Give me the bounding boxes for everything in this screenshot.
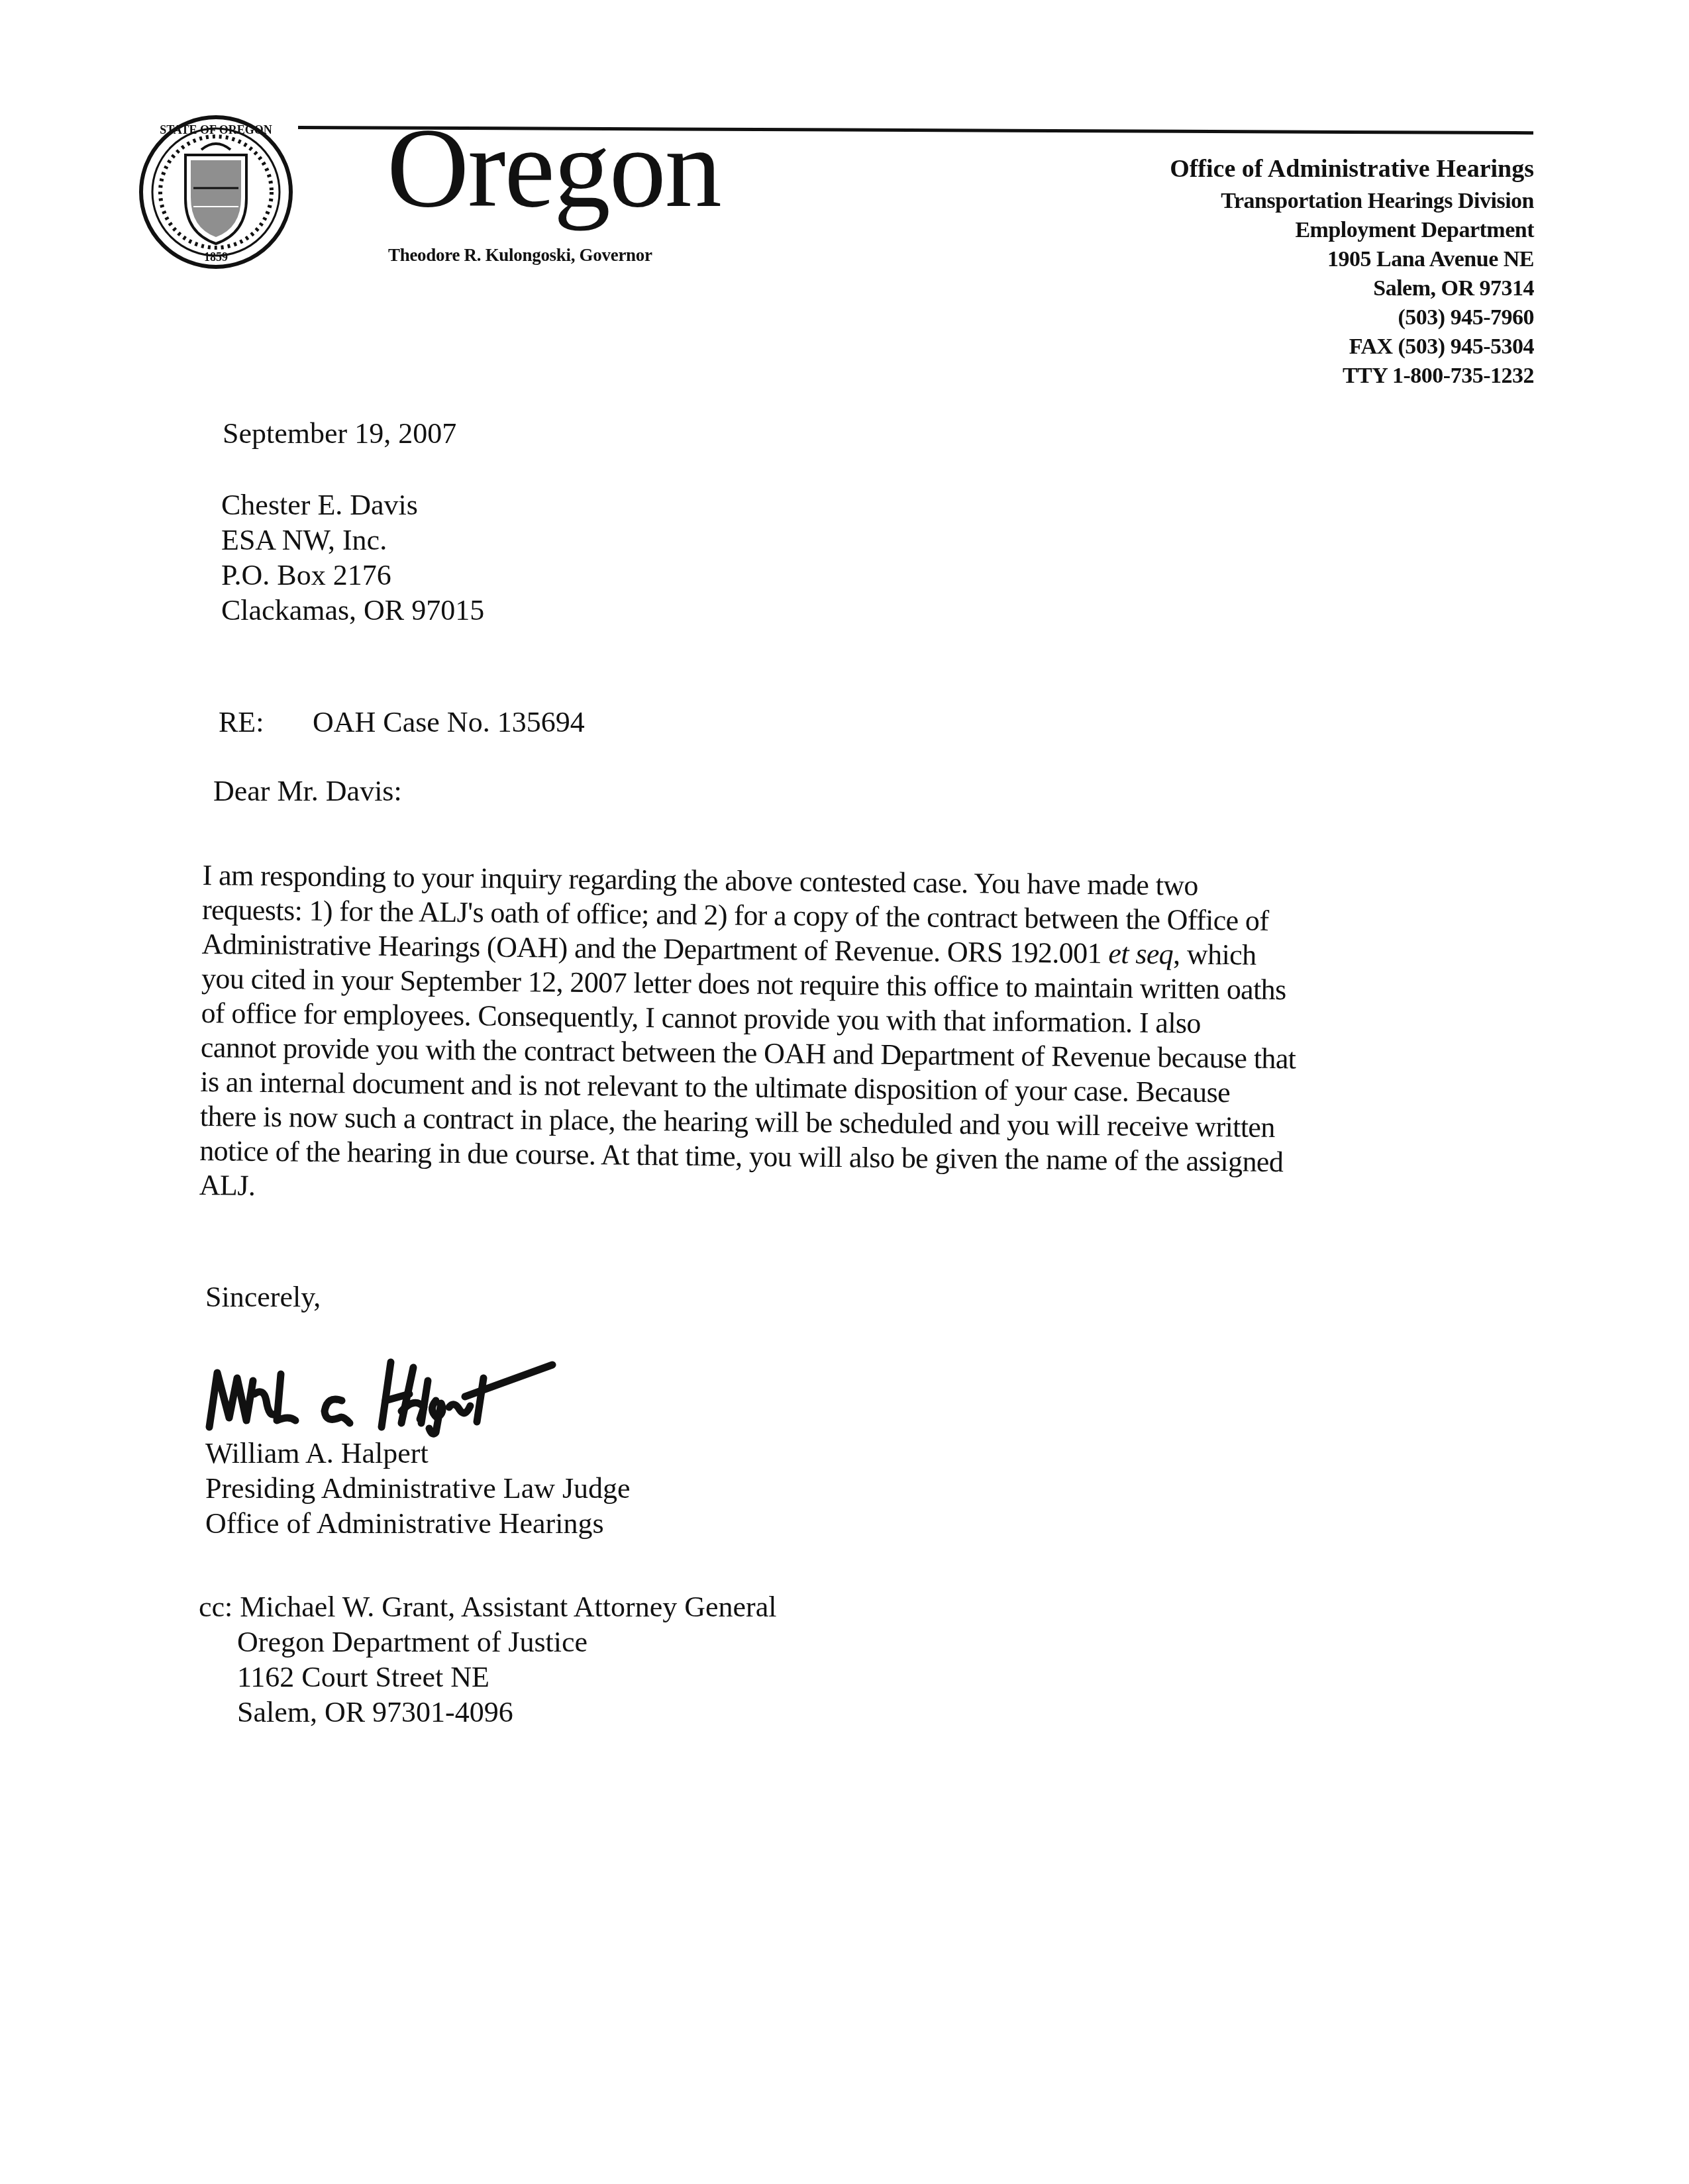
recipient-address: Chester E. Davis ESA NW, Inc. P.O. Box 2… <box>221 487 484 628</box>
signer-office: Office of Administrative Hearings <box>205 1506 631 1541</box>
recipient-po-box: P.O. Box 2176 <box>221 558 484 593</box>
cc-department: Oregon Department of Justice <box>199 1624 776 1660</box>
agency-division: Transportation Hearings Division <box>1170 187 1534 216</box>
salutation: Dear Mr. Davis: <box>213 773 402 809</box>
state-name: Oregon <box>387 111 721 225</box>
handwritten-signature-icon <box>203 1354 574 1440</box>
letter-body: I am responding to your inquiry regardin… <box>199 858 1441 1216</box>
signer-title: Presiding Administrative Law Judge <box>205 1471 631 1506</box>
agency-office: Office of Administrative Hearings <box>1170 151 1534 187</box>
recipient-city: Clackamas, OR 97015 <box>221 593 484 628</box>
recipient-company: ESA NW, Inc. <box>221 522 484 558</box>
agency-block: Office of Administrative Hearings Transp… <box>1170 151 1534 391</box>
recipient-name: Chester E. Davis <box>221 487 484 522</box>
reference-line: RE:OAH Case No. 135694 <box>219 705 585 740</box>
signer-name: William A. Halpert <box>205 1436 631 1471</box>
agency-phone: (503) 945-7960 <box>1170 303 1534 332</box>
governor-name: Theodore R. Kulongoski, Governor <box>388 245 652 266</box>
agency-street: 1905 Lana Avenue NE <box>1170 245 1534 274</box>
cc-block: cc: Michael W. Grant, Assistant Attorney… <box>199 1589 776 1730</box>
oregon-state-seal-icon: STATE OF OREGON 1859 <box>138 114 294 270</box>
agency-city: Salem, OR 97314 <box>1170 274 1534 303</box>
svg-text:1859: 1859 <box>204 250 228 264</box>
cc-street: 1162 Court Street NE <box>199 1660 776 1695</box>
cc-recipient: Michael W. Grant, Assistant Attorney Gen… <box>240 1591 776 1623</box>
case-number: OAH Case No. 135694 <box>313 706 585 738</box>
signer-block: William A. Halpert Presiding Administrat… <box>205 1436 631 1541</box>
cc-label: cc: <box>199 1591 232 1623</box>
closing: Sincerely, <box>205 1279 321 1315</box>
agency-tty: TTY 1-800-735-1232 <box>1170 362 1534 391</box>
svg-text:STATE OF OREGON: STATE OF OREGON <box>160 123 272 136</box>
agency-department: Employment Department <box>1170 216 1534 245</box>
letter-date: September 19, 2007 <box>223 416 456 451</box>
agency-fax: FAX (503) 945-5304 <box>1170 332 1534 362</box>
cc-city: Salem, OR 97301-4096 <box>199 1695 776 1730</box>
reference-label: RE: <box>219 705 313 740</box>
